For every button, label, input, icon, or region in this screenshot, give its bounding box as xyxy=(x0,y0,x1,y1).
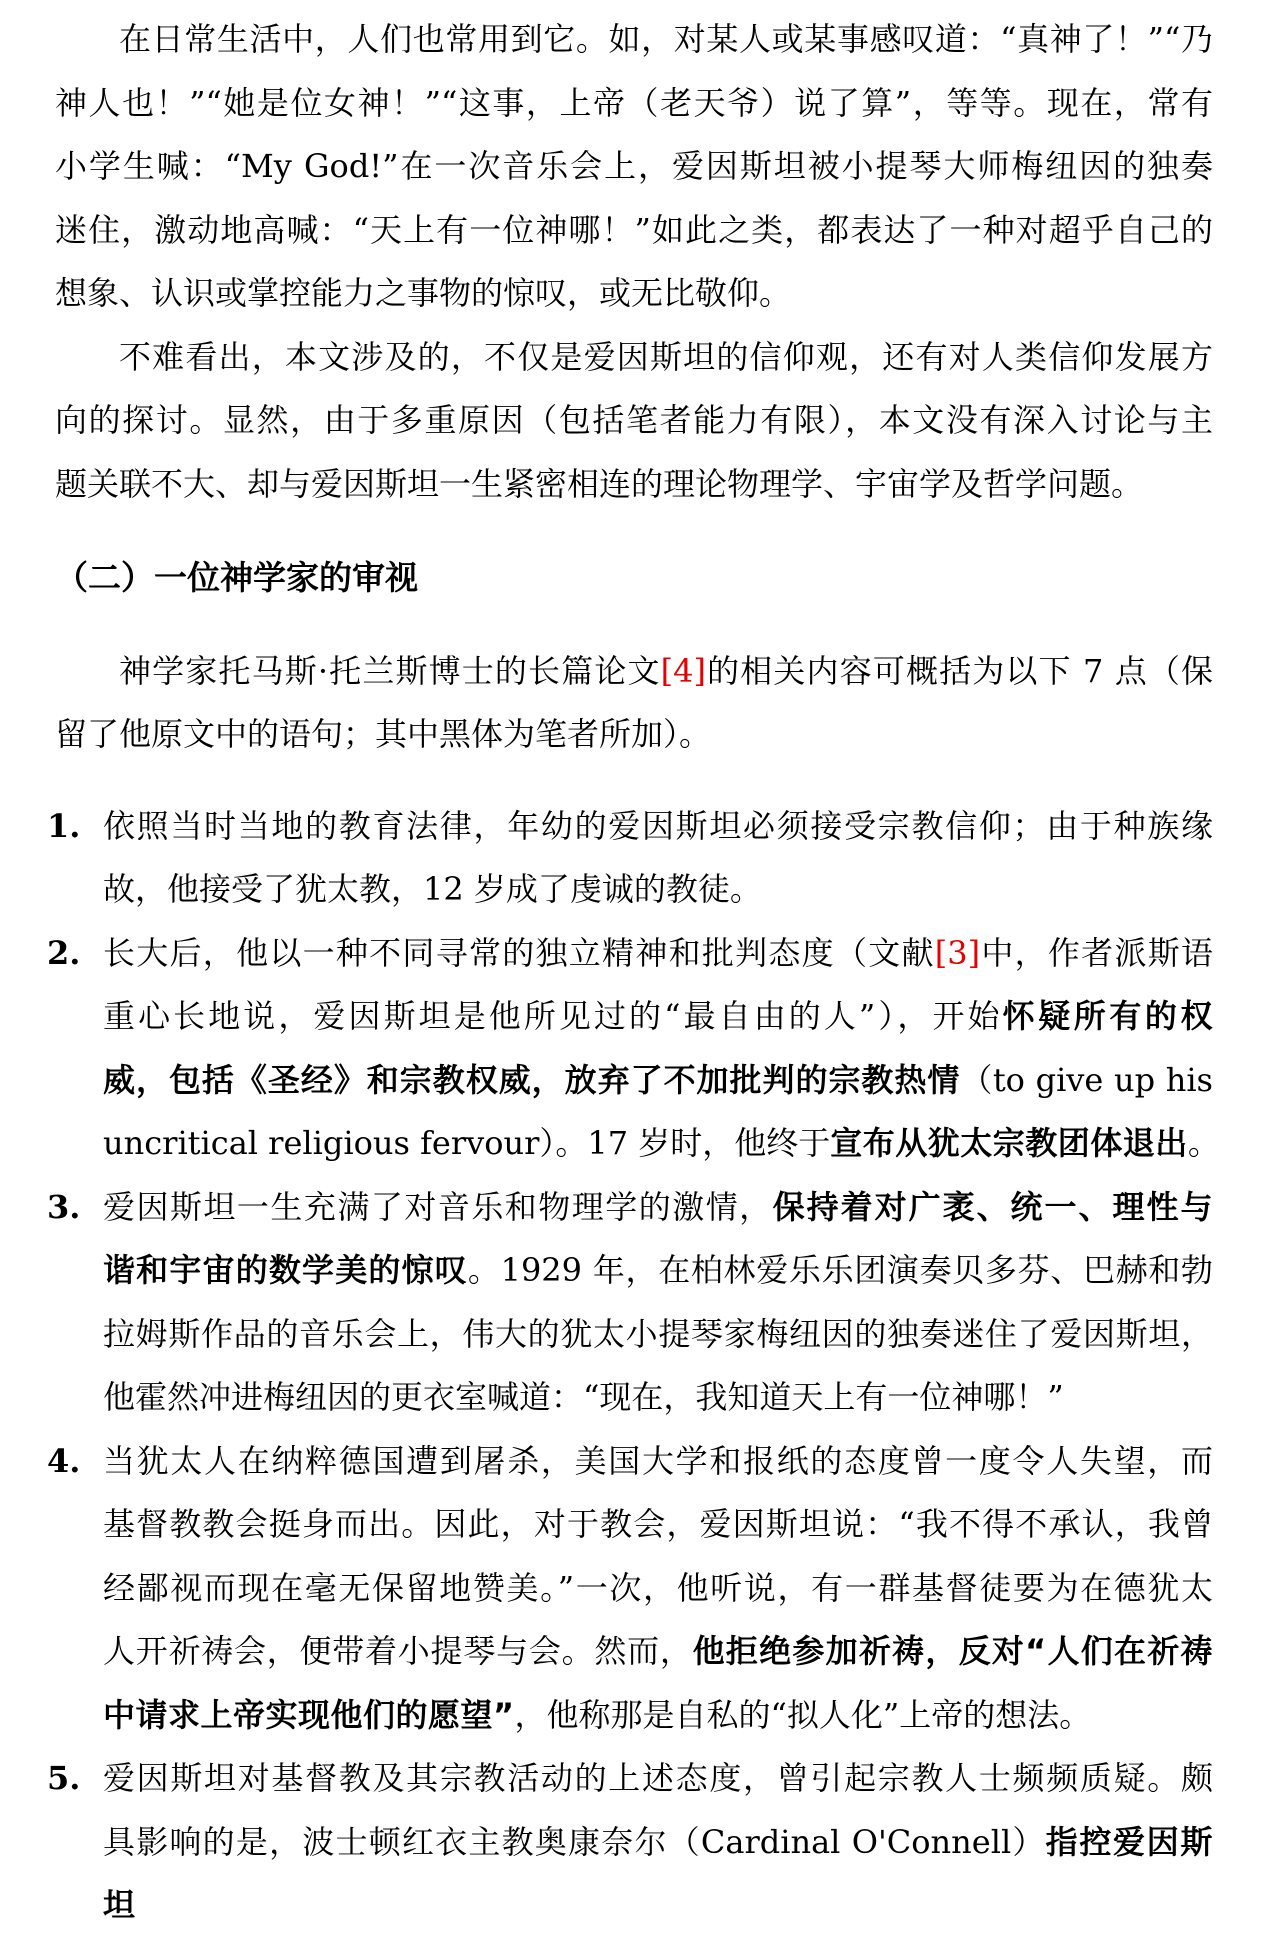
list-item-number: 3. xyxy=(47,1176,80,1240)
text-line: 不难看出，本文涉及的，不仅是爱因斯坦的信仰观，还有对人类信仰发展方 xyxy=(55,326,1213,390)
text-line: 故，他接受了犹太教，12 岁成了虔诚的教徒。 xyxy=(103,858,1213,922)
citation-ref: [4] xyxy=(661,652,706,690)
text-segment: 神人也！”“她是位女神！”“这事，上帝（老天爷）说了算”，等等。现在，常有 xyxy=(55,84,1213,122)
text-line: 当犹太人在纳粹德国遭到屠杀，美国大学和报纸的态度曾一度令人失望，而 xyxy=(103,1430,1213,1494)
paragraph: 在日常生活中，人们也常用到它。如，对某人或某事感叹道：“真神了！”“乃神人也！”… xyxy=(55,8,1213,326)
text-line: 基督教教会挺身而出。因此，对于教会，爱因斯坦说：“我不得不承认，我曾 xyxy=(103,1493,1213,1557)
text-segment: 人开祈祷会，便带着小提琴与会。然而， xyxy=(103,1632,693,1670)
list-item: 2.长大后，他以一种不同寻常的独立精神和批判态度（文献[3]中，作者派斯语重心长… xyxy=(55,922,1213,1176)
text-segment: 小学生喊：“My God!”在一次音乐会上，爱因斯坦被小提琴大师梅纽因的独奏 xyxy=(55,147,1213,185)
text-line: 谐和宇宙的数学美的惊叹。1929 年，在柏林爱乐乐团演奏贝多芬、巴赫和勃 xyxy=(103,1239,1213,1303)
list-item-number: 1. xyxy=(47,795,80,859)
text-segment: （to give up his xyxy=(960,1061,1213,1099)
text-segment: 在日常生活中，人们也常用到它。如，对某人或某事感叹道：“真神了！”“乃 xyxy=(119,20,1213,58)
text-line: 迷住，激动地高喊：“天上有一位神哪！”如此之类，都表达了一种对超乎自己的 xyxy=(55,199,1213,263)
document-content: 在日常生活中，人们也常用到它。如，对某人或某事感叹道：“真神了！”“乃神人也！”… xyxy=(55,8,1213,1938)
text-line: 在日常生活中，人们也常用到它。如，对某人或某事感叹道：“真神了！”“乃 xyxy=(55,8,1213,72)
bold-emphasis: 他拒绝参加祈祷，反对“人们在祈祷 xyxy=(693,1632,1213,1670)
text-segment: 重心长地说，爱因斯坦是他所见过的“最自由的人”），开始 xyxy=(103,997,1003,1035)
document-page: 在日常生活中，人们也常用到它。如，对某人或某事感叹道：“真神了！”“乃神人也！”… xyxy=(0,0,1268,1942)
text-line: 题关联不大、却与爱因斯坦一生紧密相连的理论物理学、宇宙学及哲学问题。 xyxy=(55,453,1213,517)
text-segment: 的相关内容可概括为以下 7 点（保 xyxy=(706,652,1213,690)
text-line: 经鄙视而现在毫无保留地赞美。”一次，他听说，有一群基督徒要为在德犹太 xyxy=(103,1557,1213,1621)
text-segment: 向的探讨。显然，由于多重原因（包括笔者能力有限），本文没有深入讨论与主 xyxy=(55,401,1213,439)
numbered-list: 1.依照当时当地的教育法律，年幼的爱因斯坦必须接受宗教信仰；由于种族缘故，他接受… xyxy=(55,795,1213,1938)
list-item-number: 5. xyxy=(47,1747,80,1811)
bold-emphasis: 威，包括《圣经》和宗教权威，放弃了不加批判的宗教热情 xyxy=(103,1061,960,1099)
text-segment: 迷住，激动地高喊：“天上有一位神哪！”如此之类，都表达了一种对超乎自己的 xyxy=(55,211,1213,249)
paragraph: 不难看出，本文涉及的，不仅是爱因斯坦的信仰观，还有对人类信仰发展方向的探讨。显然… xyxy=(55,326,1213,517)
text-line: 中请求上帝实现他们的愿望”，他称那是自私的“拟人化”上帝的想法。 xyxy=(103,1684,1213,1748)
text-segment: 神学家托马斯·托兰斯博士的长篇论文 xyxy=(119,652,661,690)
text-segment: 依照当时当地的教育法律，年幼的爱因斯坦必须接受宗教信仰；由于种族缘 xyxy=(103,807,1213,845)
text-line: 神学家托马斯·托兰斯博士的长篇论文[4]的相关内容可概括为以下 7 点（保 xyxy=(55,640,1213,704)
text-line: 重心长地说，爱因斯坦是他所见过的“最自由的人”），开始怀疑所有的权 xyxy=(103,985,1213,1049)
text-segment: 当犹太人在纳粹德国遭到屠杀，美国大学和报纸的态度曾一度令人失望，而 xyxy=(103,1442,1213,1480)
text-segment: 想象、认识或掌控能力之事物的惊叹，或无比敬仰。 xyxy=(55,274,791,312)
text-segment: uncritical religious fervour）。17 岁时，他终于 xyxy=(103,1124,830,1162)
text-segment: 基督教教会挺身而出。因此，对于教会，爱因斯坦说：“我不得不承认，我曾 xyxy=(103,1505,1213,1543)
text-line: 小学生喊：“My God!”在一次音乐会上，爱因斯坦被小提琴大师梅纽因的独奏 xyxy=(55,135,1213,199)
list-item: 3.爱因斯坦一生充满了对音乐和物理学的激情，保持着对广袤、统一、理性与谐和宇宙的… xyxy=(55,1176,1213,1430)
citation-ref: [3] xyxy=(935,934,980,972)
text-line: uncritical religious fervour）。17 岁时，他终于宣… xyxy=(103,1112,1213,1176)
bold-emphasis: 中请求上帝实现他们的愿望” xyxy=(103,1696,515,1734)
text-segment: 题关联不大、却与爱因斯坦一生紧密相连的理论物理学、宇宙学及哲学问题。 xyxy=(55,465,1143,503)
text-line: 留了他原文中的语句；其中黑体为笔者所加）。 xyxy=(55,703,1213,767)
text-segment: 经鄙视而现在毫无保留地赞美。”一次，他听说，有一群基督徒要为在德犹太 xyxy=(103,1569,1213,1607)
text-segment: 长大后，他以一种不同寻常的独立精神和批判态度（文献 xyxy=(103,934,935,972)
text-segment: 爱因斯坦一生充满了对音乐和物理学的激情， xyxy=(103,1188,773,1226)
text-line: 神人也！”“她是位女神！”“这事，上帝（老天爷）说了算”，等等。现在，常有 xyxy=(55,72,1213,136)
paragraph: 神学家托马斯·托兰斯博士的长篇论文[4]的相关内容可概括为以下 7 点（保留了他… xyxy=(55,640,1213,767)
text-segment: ，他称那是自私的“拟人化”上帝的想法。 xyxy=(515,1696,1092,1734)
text-segment: 具影响的是，波士顿红衣主教奥康奈尔（Cardinal O'Connell） xyxy=(103,1823,1046,1861)
text-segment: 。 xyxy=(1188,1124,1220,1162)
text-line: 威，包括《圣经》和宗教权威，放弃了不加批判的宗教热情（to give up hi… xyxy=(103,1049,1213,1113)
text-segment: 。1929 年，在柏林爱乐乐团演奏贝多芬、巴赫和勃 xyxy=(468,1251,1213,1289)
text-line: 依照当时当地的教育法律，年幼的爱因斯坦必须接受宗教信仰；由于种族缘 xyxy=(103,795,1213,859)
bold-emphasis: 保持着对广袤、统一、理性与 xyxy=(773,1188,1213,1226)
text-line: 他霍然冲进梅纽因的更衣室喊道：“现在，我知道天上有一位神哪！” xyxy=(103,1366,1213,1430)
text-line: 拉姆斯作品的音乐会上，伟大的犹太小提琴家梅纽因的独奏迷住了爱因斯坦， xyxy=(103,1303,1213,1367)
text-line: 爱因斯坦对基督教及其宗教活动的上述态度，曾引起宗教人士频频质疑。颇 xyxy=(103,1747,1213,1811)
text-line: 具影响的是，波士顿红衣主教奥康奈尔（Cardinal O'Connell）指控爱… xyxy=(103,1811,1213,1938)
list-item: 5.爱因斯坦对基督教及其宗教活动的上述态度，曾引起宗教人士频频质疑。颇具影响的是… xyxy=(55,1747,1213,1938)
text-segment: 他霍然冲进梅纽因的更衣室喊道：“现在，我知道天上有一位神哪！” xyxy=(103,1378,1064,1416)
text-line: 向的探讨。显然，由于多重原因（包括笔者能力有限），本文没有深入讨论与主 xyxy=(55,389,1213,453)
list-item: 4.当犹太人在纳粹德国遭到屠杀，美国大学和报纸的态度曾一度令人失望，而基督教教会… xyxy=(55,1430,1213,1748)
list-item-number: 4. xyxy=(47,1430,80,1494)
text-line: 人开祈祷会，便带着小提琴与会。然而，他拒绝参加祈祷，反对“人们在祈祷 xyxy=(103,1620,1213,1684)
bold-emphasis: 怀疑所有的权 xyxy=(1003,997,1213,1035)
text-segment: 留了他原文中的语句；其中黑体为笔者所加）。 xyxy=(55,715,711,753)
section-heading: （二）一位神学家的审视 xyxy=(55,546,1213,610)
list-item: 1.依照当时当地的教育法律，年幼的爱因斯坦必须接受宗教信仰；由于种族缘故，他接受… xyxy=(55,795,1213,922)
text-segment: 爱因斯坦对基督教及其宗教活动的上述态度，曾引起宗教人士频频质疑。颇 xyxy=(103,1759,1213,1797)
bold-emphasis: 宣布从犹太宗教团体退出 xyxy=(830,1124,1188,1162)
list-item-number: 2. xyxy=(47,922,80,986)
text-segment: 不难看出，本文涉及的，不仅是爱因斯坦的信仰观，还有对人类信仰发展方 xyxy=(119,338,1213,376)
bold-emphasis: 谐和宇宙的数学美的惊叹 xyxy=(103,1251,468,1289)
text-segment: 拉姆斯作品的音乐会上，伟大的犹太小提琴家梅纽因的独奏迷住了爱因斯坦， xyxy=(103,1315,1213,1353)
text-line: 爱因斯坦一生充满了对音乐和物理学的激情，保持着对广袤、统一、理性与 xyxy=(103,1176,1213,1240)
text-line: 想象、认识或掌控能力之事物的惊叹，或无比敬仰。 xyxy=(55,262,1213,326)
text-segment: 中，作者派斯语 xyxy=(980,934,1213,972)
text-segment: 故，他接受了犹太教，12 岁成了虔诚的教徒。 xyxy=(103,870,762,908)
text-line: 长大后，他以一种不同寻常的独立精神和批判态度（文献[3]中，作者派斯语 xyxy=(103,922,1213,986)
